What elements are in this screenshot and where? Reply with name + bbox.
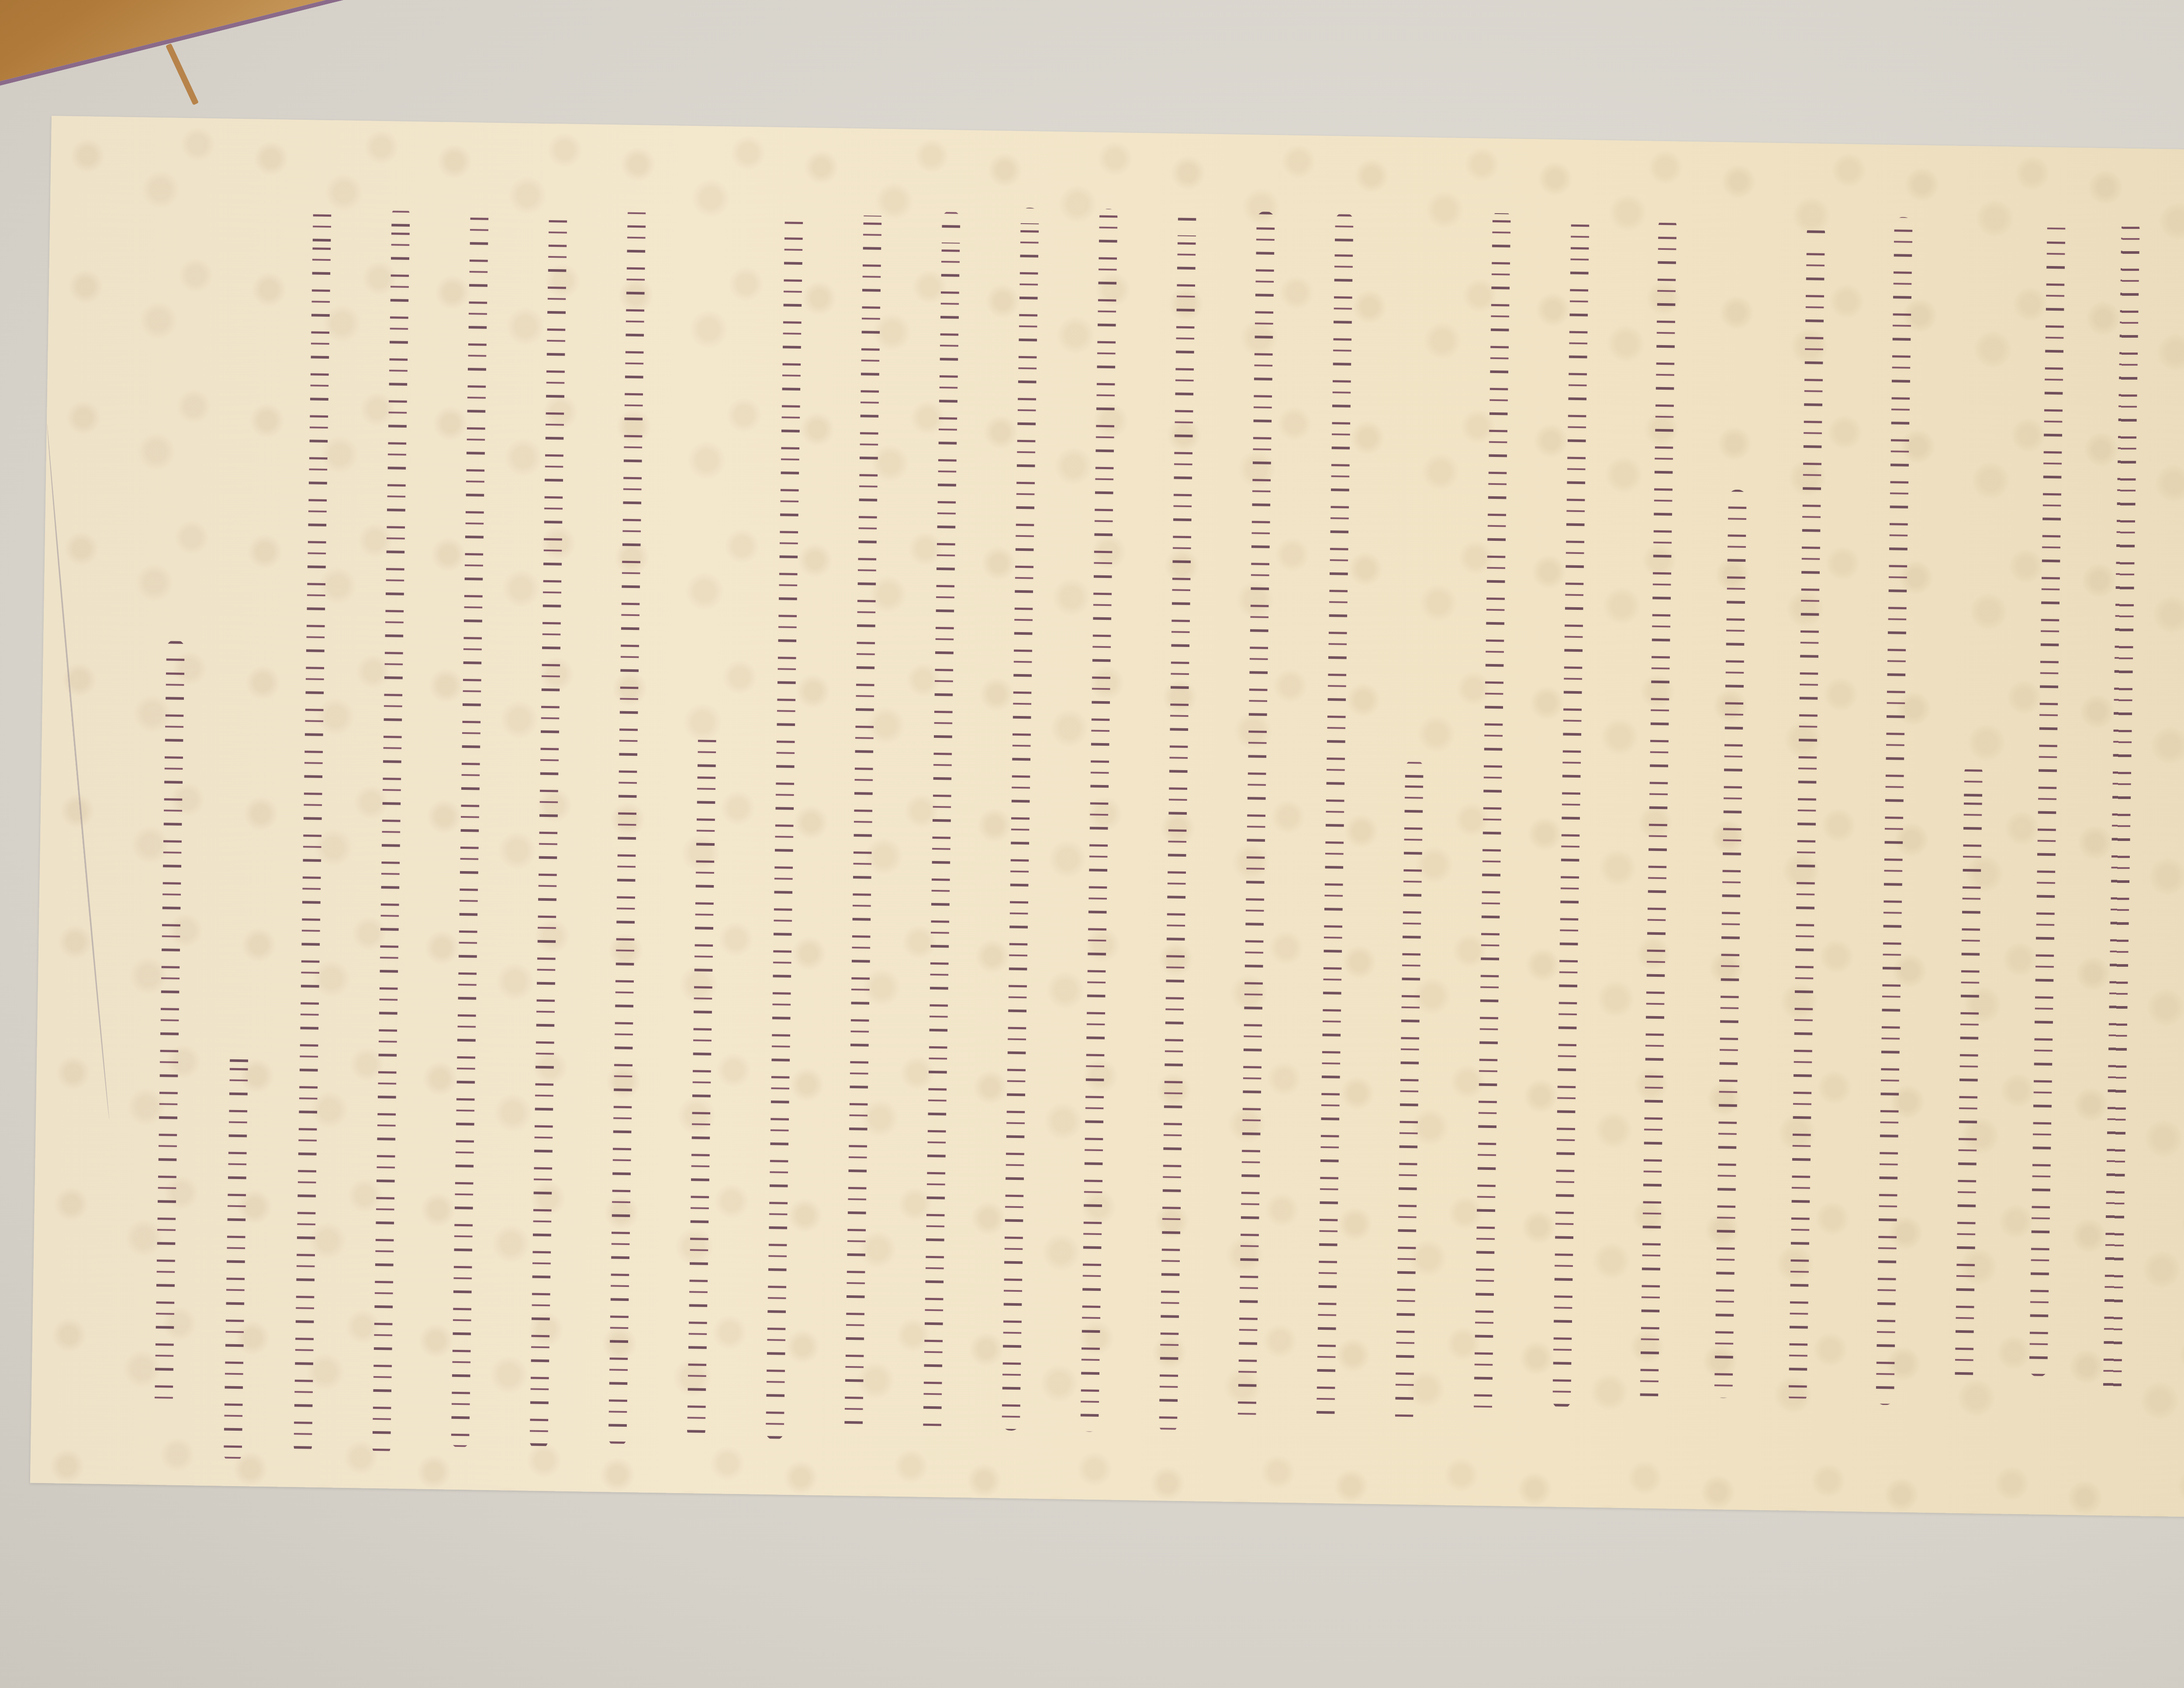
handwritten-line (1788, 224, 1825, 1404)
handwritten-line (294, 205, 332, 1454)
handwritten-line (451, 208, 489, 1448)
handwritten-line (1876, 217, 1913, 1405)
handwritten-line (529, 209, 567, 1449)
handwriting-lines (30, 116, 2184, 1517)
handwritten-line (1395, 760, 1424, 1424)
handwritten-line (1640, 218, 1677, 1406)
handwritten-line (372, 206, 410, 1456)
handwritten-line (1552, 212, 1590, 1409)
handwritten-line (224, 1052, 249, 1463)
handwritten-line (1316, 212, 1354, 1427)
handwritten-line (1714, 489, 1747, 1398)
handwritten-line (1237, 211, 1275, 1425)
handwritten-line (687, 731, 716, 1439)
handwritten-line (844, 209, 882, 1432)
manuscript-page (30, 116, 2184, 1517)
handwritten-line (1159, 210, 1196, 1433)
handwritten-line (2103, 220, 2139, 1400)
handwritten-line (2029, 219, 2066, 1377)
handwritten-line (155, 640, 185, 1408)
handwritten-line (608, 206, 646, 1446)
handwritten-line (1474, 211, 1511, 1416)
handwritten-line (766, 208, 803, 1440)
handwritten-line (1080, 209, 1118, 1432)
handwritten-line (1955, 764, 1983, 1384)
handwritten-line (923, 211, 961, 1434)
handwritten-line (1002, 208, 1039, 1431)
